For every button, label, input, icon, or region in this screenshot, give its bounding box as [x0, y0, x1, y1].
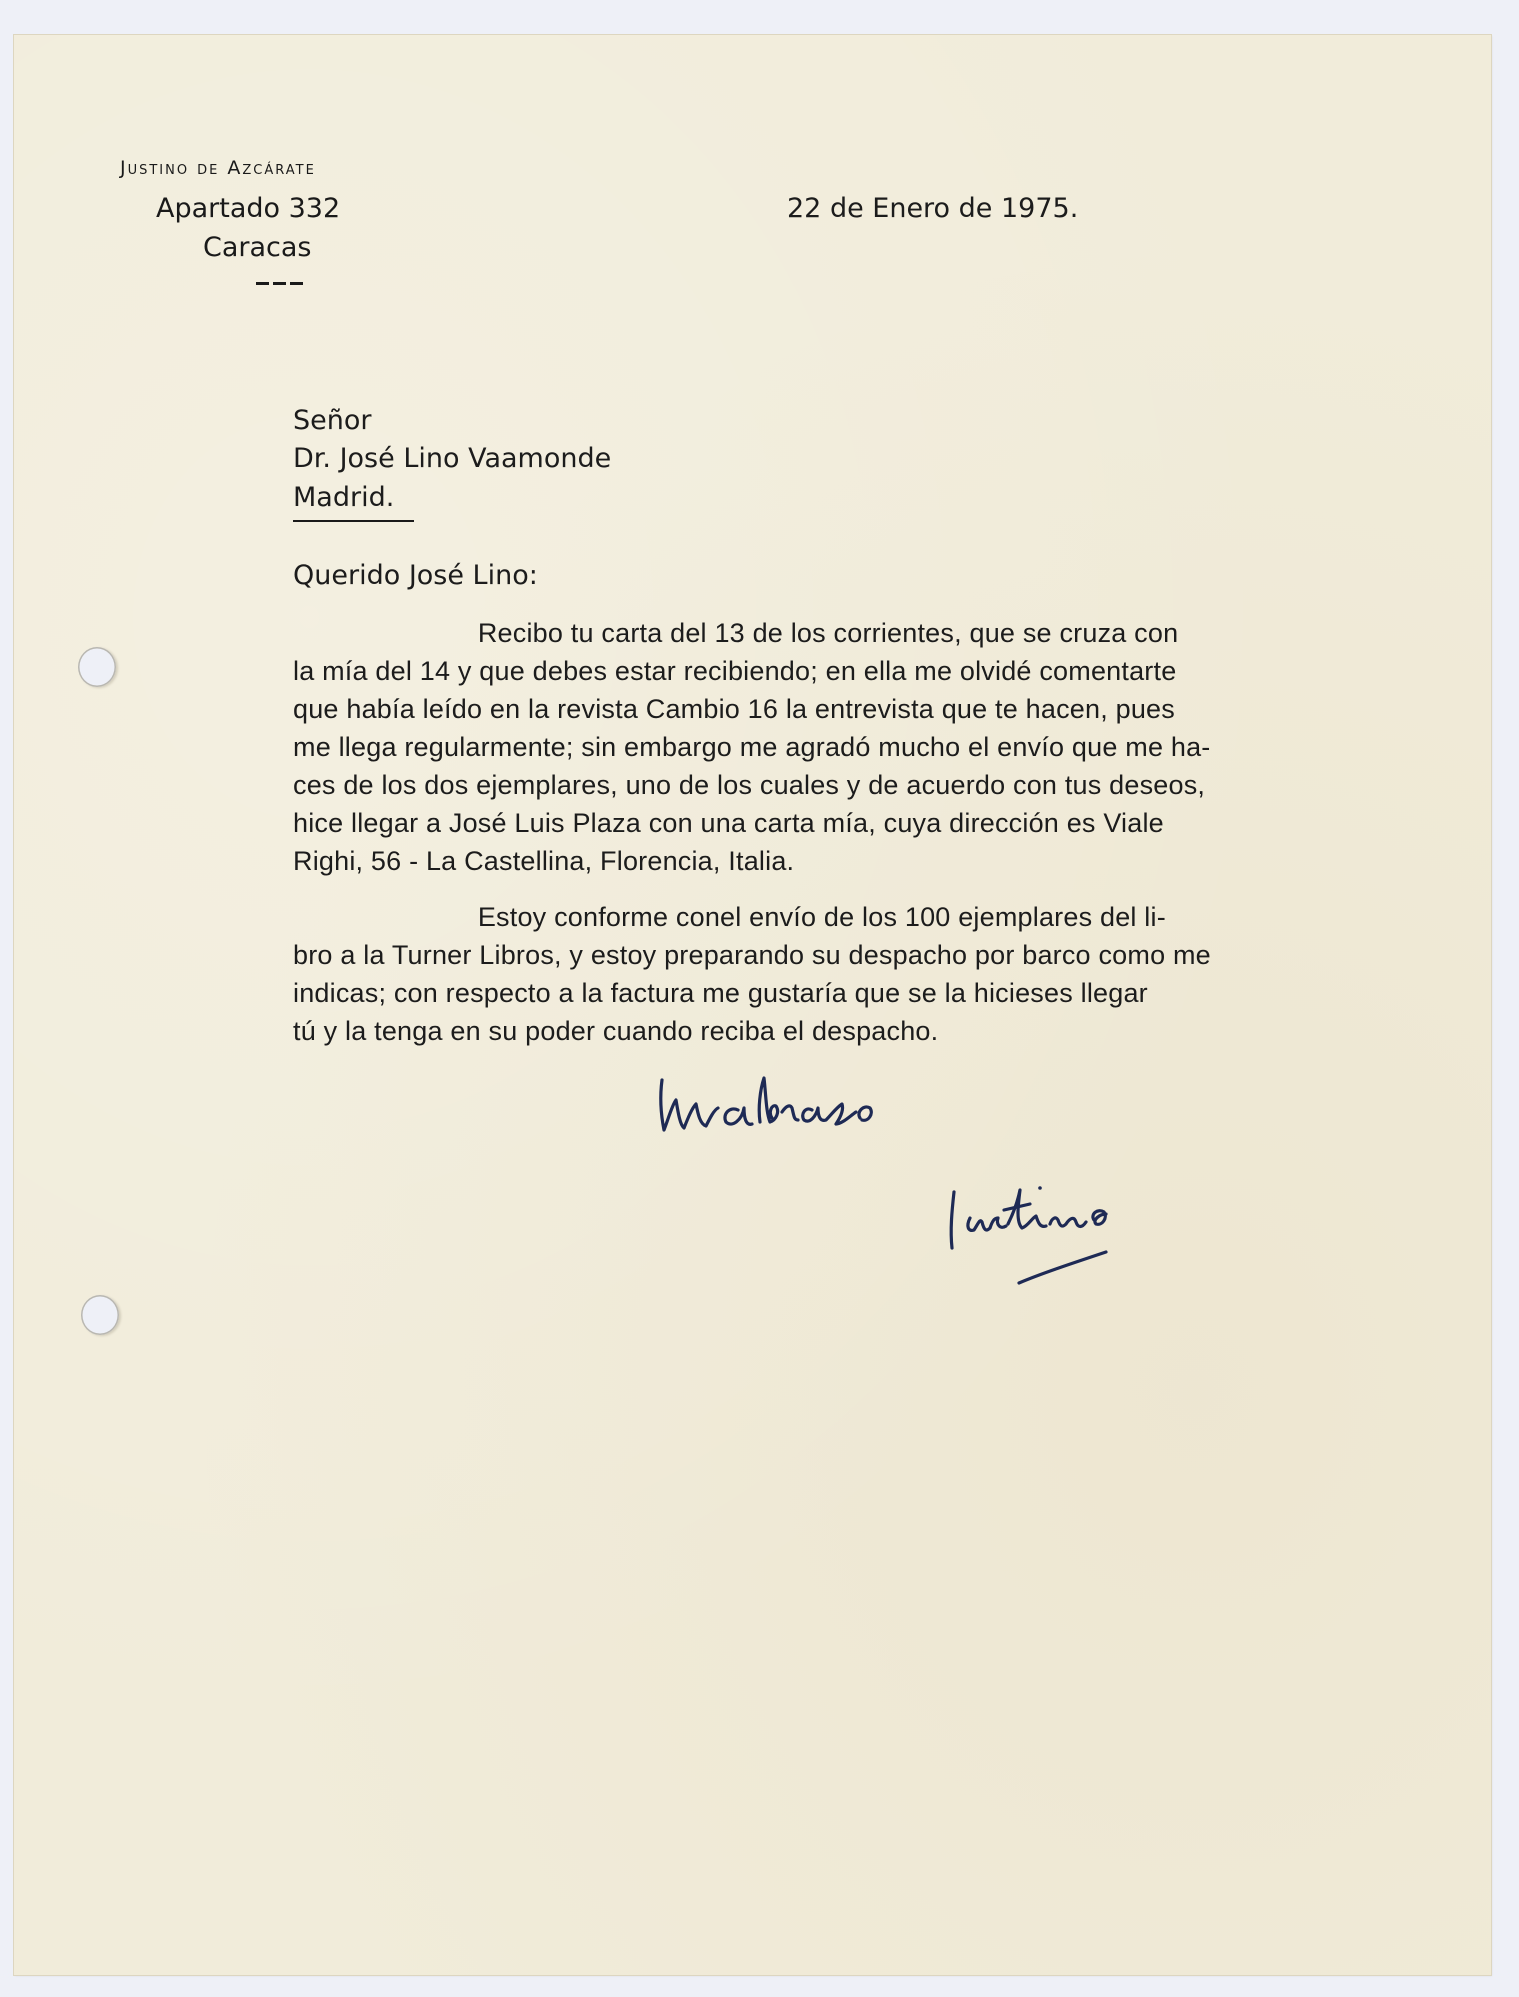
handwritten-signature: [0, 0, 1519, 1997]
